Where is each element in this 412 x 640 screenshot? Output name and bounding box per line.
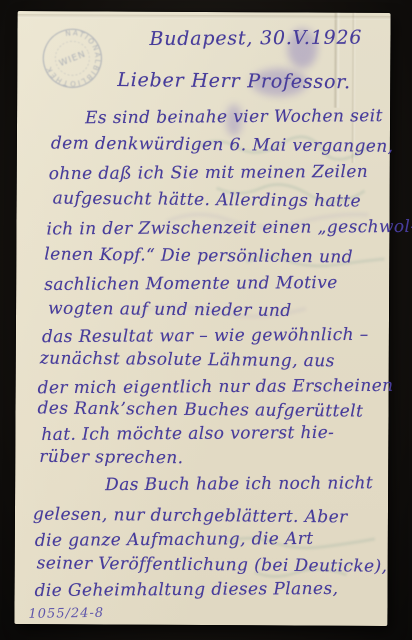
letter-line: Es sind beinahe vier Wochen seit [85, 106, 383, 128]
letter-line: lenen Kopf.“ Die persönlichen und [44, 244, 353, 267]
letter-line: seiner Veröffentlichung (bei Deuticke), [37, 553, 388, 576]
letter-line: aufgesucht hätte. Allerdings hatte [53, 189, 362, 212]
letter-line: ich in der Zwischenzeit einen „geschwol- [46, 217, 412, 240]
salutation: Lieber Herr Professor. [117, 69, 351, 93]
archival-number: 1055/24-8 [28, 606, 104, 622]
letter-line: das Resultat war – wie gewöhnlich – [42, 325, 369, 347]
letter-line: Das Buch habe ich noch nicht [105, 473, 373, 495]
letter-line: zunächst absolute Lähmung, aus [40, 349, 335, 372]
scanned-letter-page: NATIONALBIBLIOTHEK WIEN Budapest, 30.V.1… [0, 0, 412, 640]
dateline: Budapest, 30.V.1926 [149, 27, 362, 50]
letter-line: des Rank’schen Buches aufgerüttelt [37, 398, 363, 421]
letter-line: dem denkwürdigen 6. Mai vergangen, [51, 133, 394, 156]
letter-line: der mich eigentlich nur das Erscheinen [38, 376, 394, 398]
letter-line: die Geheimhaltung dieses Planes, [35, 579, 339, 601]
letter-line: sachlichen Momente und Motive [44, 273, 338, 295]
letter-line: die ganze Aufmachung, die Art [35, 529, 314, 551]
letter-line: hat. Ich möchte also vorerst hie- [41, 423, 334, 445]
stamp-center-text: WIEN [58, 49, 88, 69]
paper-fold-shadow [18, 14, 391, 20]
library-stamp: NATIONALBIBLIOTHEK WIEN [29, 15, 115, 101]
letter-line: gelesen, nur durchgeblättert. Aber [33, 504, 348, 527]
letter-paper: NATIONALBIBLIOTHEK WIEN Budapest, 30.V.1… [14, 11, 390, 626]
letter-line: wogten auf und nieder und [48, 299, 292, 321]
letter-line: rüber sprechen. [39, 447, 183, 468]
letter-line: ohne daß ich Sie mit meinen Zeilen [49, 162, 368, 184]
